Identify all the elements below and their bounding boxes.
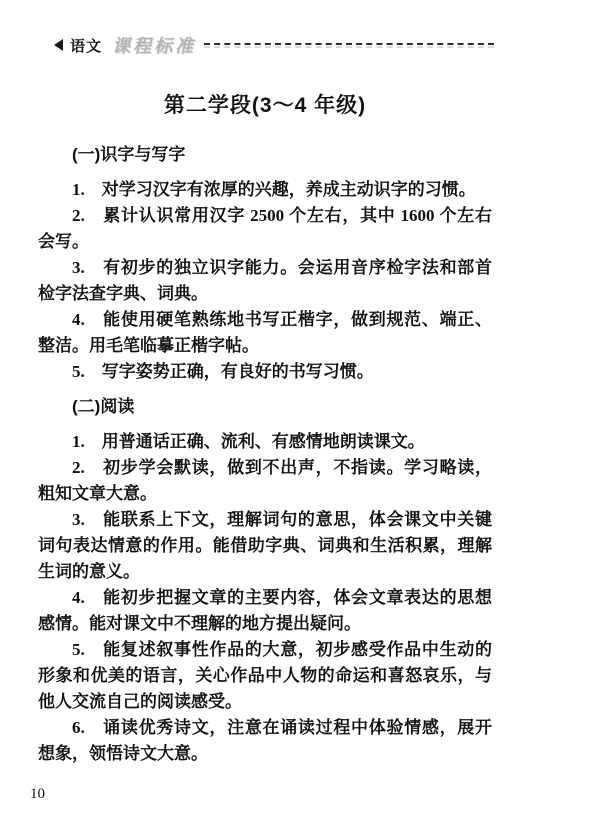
running-header: 语文 课程标准: [54, 34, 494, 56]
list-item: 5. 能复述叙事性作品的大意，初步感受作品中生动的形象和优美的语言，关心作品中人…: [38, 637, 492, 715]
header-dashed-rule: [204, 43, 494, 48]
list-item: 1. 对学习汉字有浓厚的兴趣，养成主动识字的习惯。: [38, 177, 492, 203]
list-item: 3. 能联系上下文，理解词句的意思，体会课文中关键词句表达情意的作用。能借助字典…: [38, 507, 492, 585]
header-series-label: 课程标准: [112, 32, 196, 58]
list-item: 6. 诵读优秀诗文，注意在诵读过程中体验情感，展开想象，领悟诗文大意。: [38, 715, 492, 767]
list-item: 2. 累计认识常用汉字 2500 个左右，其中 1600 个左右会写。: [38, 203, 492, 255]
page-title: 第二学段(3～4 年级): [38, 92, 492, 120]
list-item: 3. 有初步的独立识字能力。会运用音序检字法和部首检字法查字典、词典。: [38, 255, 492, 307]
book-page: 语文 课程标准 第二学段(3～4 年级) (一)识字与写字 1. 对学习汉字有浓…: [0, 0, 612, 827]
left-triangle-icon: [54, 39, 63, 51]
header-subject-label: 语文: [70, 35, 102, 56]
list-item: 4. 能初步把握文章的主要内容，体会文章表达的思想感情。能对课文中不理解的地方提…: [38, 585, 492, 637]
page-content: 第二学段(3～4 年级) (一)识字与写字 1. 对学习汉字有浓厚的兴趣，养成主…: [38, 92, 492, 767]
list-item: 4. 能使用硬笔熟练地书写正楷字，做到规范、端正、整洁。用毛笔临摹正楷字帖。: [38, 307, 492, 359]
page-number: 10: [30, 786, 45, 803]
list-item: 2. 初步学会默读，做到不出声，不指读。学习略读，粗知文章大意。: [38, 455, 492, 507]
section-heading-literacy-writing: (一)识字与写字: [38, 142, 492, 168]
section-heading-reading: (二)阅读: [38, 394, 492, 420]
list-item: 1. 用普通话正确、流利、有感情地朗读课文。: [38, 429, 492, 455]
list-item: 5. 写字姿势正确，有良好的书写习惯。: [38, 359, 492, 385]
